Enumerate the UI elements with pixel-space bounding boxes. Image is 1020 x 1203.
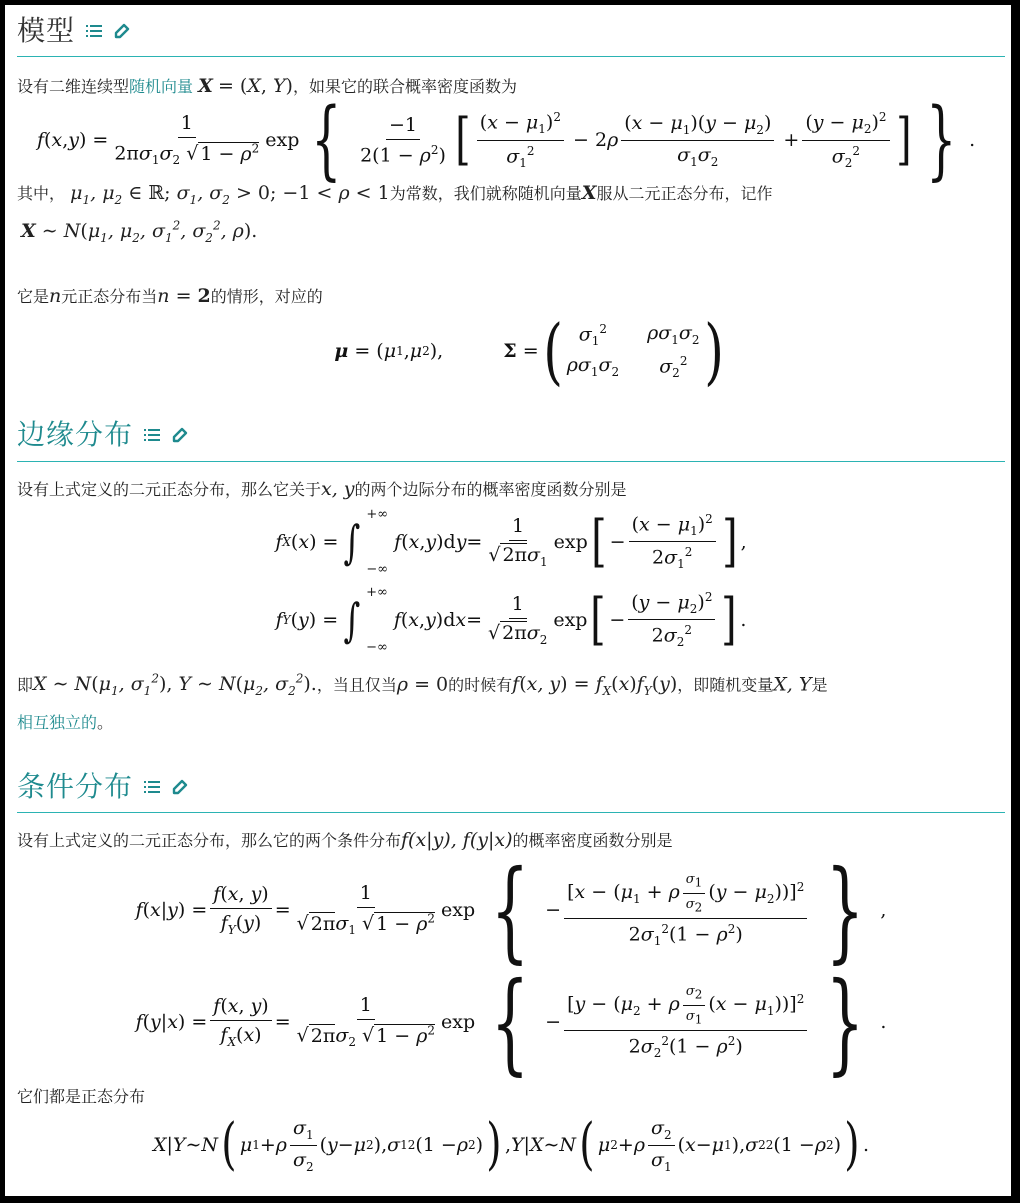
article-content: 模型 设有二维连续型随机向量 X = (X, Y)，如果它的联合概率密度函数为 … [17, 5, 1005, 1180]
marginal-conclusion: 即X ∼ N(μ1, σ12), Y ∼ N(μ2, σ22).，当且仅当ρ =… [17, 663, 1005, 739]
list-icon[interactable] [85, 22, 103, 40]
section-title: 模型 [17, 17, 75, 45]
marginal-intro: 设有上式定义的二元正态分布，那么它关于x, y的两个边际分布的概率密度函数分别是 [17, 476, 1005, 503]
page: 模型 设有二维连续型随机向量 X = (X, Y)，如果它的联合概率密度函数为 … [5, 5, 1011, 1196]
math-inline: X [198, 75, 213, 97]
section-heading-conditional: 条件分布 [17, 761, 1005, 813]
model-conditions: 其中， μ1, μ2 ∈ ℝ; σ1, σ2 > 0; −1 < ρ < 1为常… [17, 180, 1005, 213]
edit-pencil-icon[interactable] [113, 22, 131, 40]
joint-pdf-equation: f(x, y) = 12πσ1σ2 √1 − ρ2exp{ −12(1 − ρ2… [17, 100, 1005, 180]
section-title: 边缘分布 [17, 421, 133, 449]
independence-link[interactable]: 相互独立的 [17, 713, 97, 732]
list-icon[interactable] [143, 778, 161, 796]
model-intro: 设有二维连续型随机向量 X = (X, Y)，如果它的联合概率密度函数为 [17, 73, 1005, 100]
model-notation: X ∼ N(μ1, μ2, σ12, σ22, ρ). [17, 213, 1005, 251]
marginal-fx-equation: fX(x) = ∫+∞−∞ f(x, y)dy = 1√2πσ1exp[−(x … [17, 503, 1005, 581]
section-title: 条件分布 [17, 773, 133, 801]
list-icon[interactable] [143, 426, 161, 444]
edit-pencil-icon[interactable] [171, 778, 189, 796]
marginal-fy-equation: fY(y) = ∫+∞−∞ f(x, y)dx = 1√2πσ2exp[−(y … [17, 581, 1005, 659]
section-heading-marginal: 边缘分布 [17, 410, 1005, 462]
conditional-fxy-equation: f(x|y) = f(x, y)fY(y) = 1√2πσ1 √1 − ρ2ex… [17, 854, 1005, 966]
section-heading-model: 模型 [17, 5, 1005, 57]
math-inline: μ1, μ2 ∈ ℝ; σ1, σ2 > 0; −1 < ρ < 1 [70, 182, 390, 204]
conditional-result-equation: X|Y ∼ N(μ1 + ρσ1σ2(y − μ2), σ12(1 − ρ2))… [17, 1110, 1005, 1180]
nd-relation: 它是n元正态分布当n = 2的情形，对应的 [17, 283, 1005, 310]
edit-pencil-icon[interactable] [171, 426, 189, 444]
random-vector-link[interactable]: 随机向量 [129, 77, 193, 96]
conditional-fyx-equation: f(y|x) = f(x, y)fX(x) = 1√2πσ2 √1 − ρ2ex… [17, 966, 1005, 1078]
conditional-summary: 它们都是正态分布 [17, 1084, 1005, 1110]
mean-covariance-equation: μ = (μ1, μ2), Σ = ( σ12ρσ1σ2 ρσ1σ2σ22 ) [57, 310, 1005, 392]
